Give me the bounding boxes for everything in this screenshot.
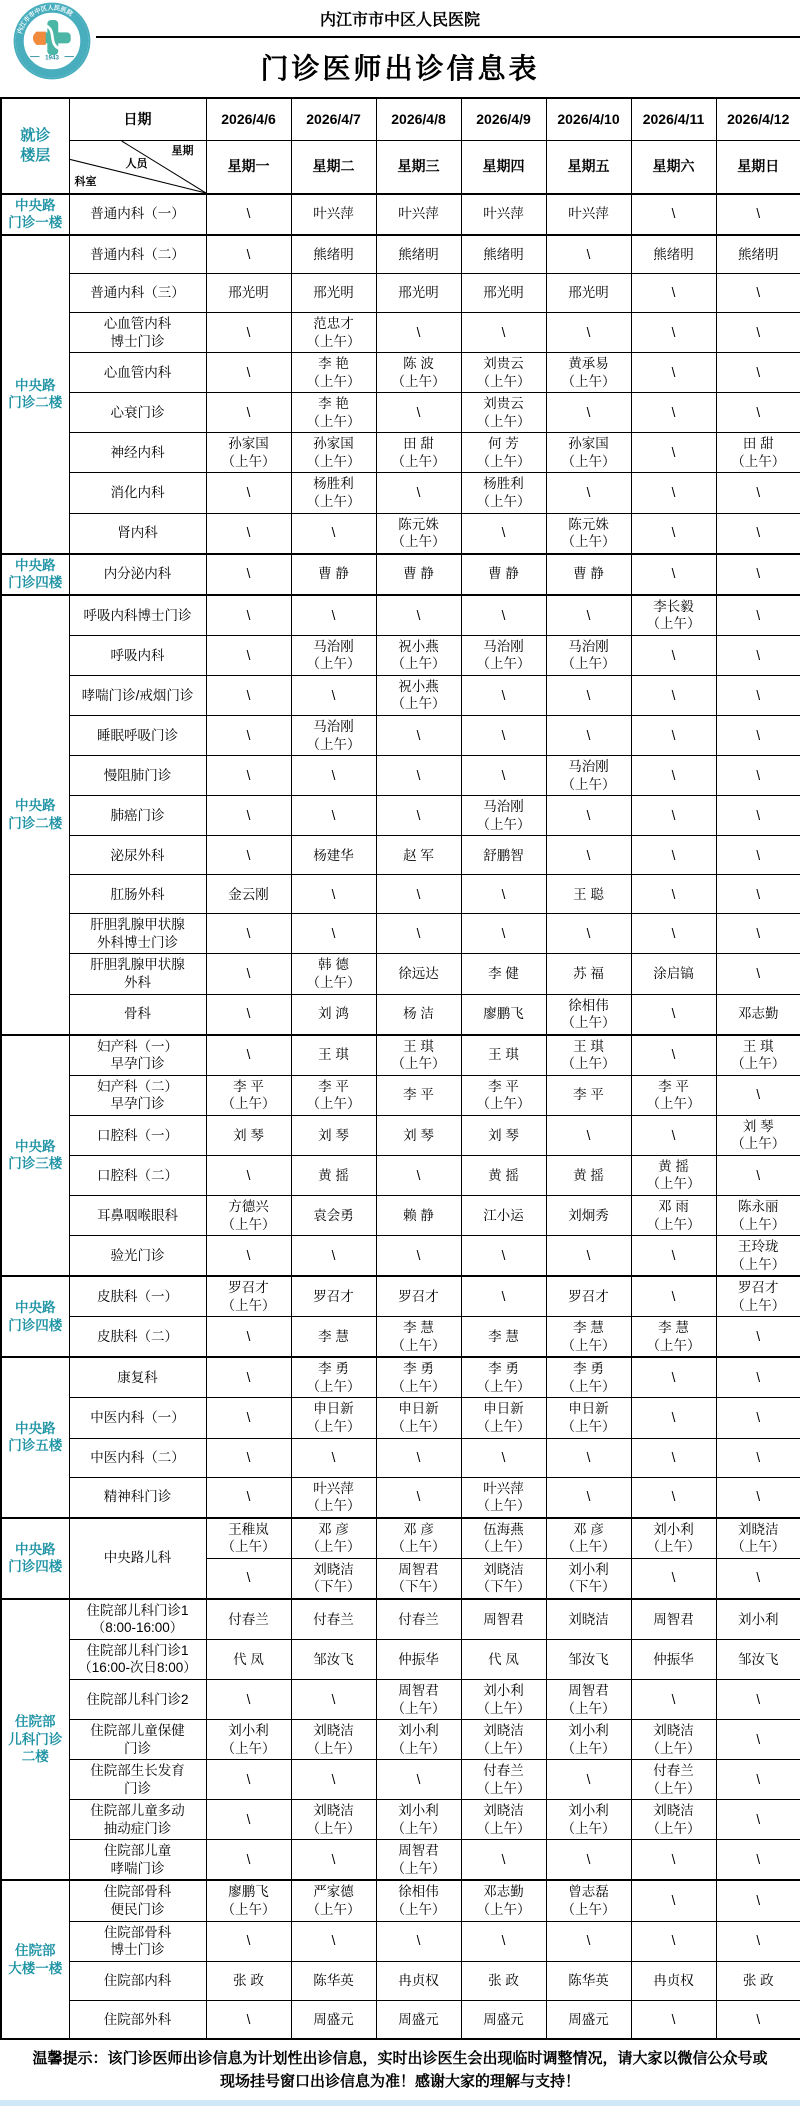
schedule-cell: \: [716, 595, 800, 636]
table-row: 神经内科孙家国 （上午）孙家国 （上午）田 甜 （上午）何 芳 （上午）孙家国 …: [1, 433, 800, 473]
schedule-cell: 田 甜 （上午）: [716, 433, 800, 473]
schedule-cell: \: [546, 1477, 631, 1518]
schedule-cell: 张 政: [206, 1961, 291, 2000]
schedule-cell: \: [631, 756, 716, 796]
department-name: 中央路儿科: [69, 1518, 206, 1599]
schedule-cell: 孙家国 （上午）: [291, 433, 376, 473]
schedule-cell: \: [716, 836, 800, 875]
schedule-cell: \: [376, 1921, 461, 1961]
schedule-cell: \: [206, 635, 291, 675]
schedule-cell: 李 勇 （上午）: [546, 1357, 631, 1398]
schedule-cell: \: [716, 1357, 800, 1398]
schedule-cell: 马治刚 （上午）: [291, 716, 376, 756]
schedule-cell: \: [206, 954, 291, 994]
schedule-cell: 杨 洁: [376, 994, 461, 1035]
date-label: 日期: [69, 98, 206, 140]
schedule-cell: 李 平 （上午）: [461, 1075, 546, 1115]
schedule-cell: 熊绪明: [376, 235, 461, 274]
table-row: 哮喘门诊/戒烟门诊\\祝小燕 （上午）\\\\: [1, 675, 800, 715]
schedule-cell: 祝小燕 （上午）: [376, 635, 461, 675]
schedule-cell: 刘晓洁 （下午）: [461, 1558, 546, 1599]
schedule-cell: 张 政: [716, 1961, 800, 2000]
schedule-cell: 付春兰 （上午）: [631, 1760, 716, 1800]
table-row: 住院部儿童保健 门诊刘小利 （上午）刘晓洁 （上午）刘小利 （上午）刘晓洁 （上…: [1, 1720, 800, 1760]
schedule-cell: 周盛元: [376, 2000, 461, 2039]
schedule-cell: \: [376, 914, 461, 954]
schedule-cell: 王 琪 （上午）: [546, 1035, 631, 1076]
schedule-cell: \: [461, 1840, 546, 1881]
floor-column-header: 就诊 楼层: [1, 98, 69, 194]
schedule-cell: 王 琪 （上午）: [716, 1035, 800, 1076]
diagonal-header: 星期人员科室: [69, 140, 206, 194]
schedule-cell: \: [631, 1880, 716, 1921]
schedule-cell: \: [716, 313, 800, 353]
schedule-cell: \: [461, 914, 546, 954]
schedule-cell: \: [716, 1558, 800, 1599]
schedule-cell: \: [716, 274, 800, 313]
table-row: 中央路 门诊五楼康复科\李 勇 （上午）李 勇 （上午）李 勇 （上午）李 勇 …: [1, 1357, 800, 1398]
table-row: 住院部儿童 哮喘门诊\\周智君 （上午）\\\\: [1, 1840, 800, 1881]
schedule-cell: \: [716, 635, 800, 675]
schedule-cell: 刘小利 （上午）: [461, 1680, 546, 1720]
table-row: 慢阻肺门诊\\\\马治刚 （上午）\\: [1, 756, 800, 796]
page-title: 门诊医师出诊信息表: [0, 38, 800, 97]
person-label: 人员: [126, 157, 148, 171]
schedule-cell: \: [461, 313, 546, 353]
schedule-cell: 刘晓洁: [546, 1599, 631, 1640]
department-name: 住院部骨科 便民门诊: [69, 1880, 206, 1921]
schedule-cell: \: [206, 393, 291, 433]
schedule-cell: 方德兴 （上午）: [206, 1195, 291, 1235]
week-label: 星期: [172, 144, 194, 158]
table-row: 耳鼻咽喉眼科方德兴 （上午）袁会勇赖 静江小运刘炯秀邓 雨 （上午）陈永丽 （上…: [1, 1195, 800, 1235]
schedule-cell: \: [206, 1438, 291, 1477]
schedule-cell: 李 平: [546, 1075, 631, 1115]
schedule-cell: 邓 彦 （上午）: [376, 1518, 461, 1559]
schedule-cell: 李 平 （上午）: [206, 1075, 291, 1115]
schedule-cell: 马治刚 （上午）: [546, 635, 631, 675]
schedule-cell: 叶兴萍: [376, 194, 461, 235]
schedule-cell: \: [206, 1921, 291, 1961]
schedule-cell: 付春兰: [291, 1599, 376, 1640]
floor-label: 中央路 门诊二楼: [1, 235, 69, 554]
schedule-cell: \: [291, 914, 376, 954]
department-name: 呼吸内科博士门诊: [69, 595, 206, 636]
schedule-cell: \: [206, 1155, 291, 1195]
schedule-cell: 李 慧: [461, 1317, 546, 1358]
schedule-cell: \: [631, 1276, 716, 1317]
floor-label: 中央路 门诊一楼: [1, 194, 69, 235]
schedule-cell: \: [631, 1558, 716, 1599]
schedule-cell: 熊绪明: [291, 235, 376, 274]
hospital-name: 内江市市中区人民医院: [0, 0, 800, 36]
schedule-cell: 代 凤: [206, 1639, 291, 1679]
schedule-cell: 赵 军: [376, 836, 461, 875]
schedule-cell: 熊绪明: [716, 235, 800, 274]
schedule-cell: 李 艳 （上午）: [291, 393, 376, 433]
schedule-cell: \: [206, 675, 291, 715]
schedule-cell: \: [716, 1317, 800, 1358]
schedule-cell: 刘 琴: [291, 1115, 376, 1155]
department-name: 肝胆乳腺甲状腺 外科博士门诊: [69, 914, 206, 954]
logo-year: 1943: [45, 54, 59, 61]
schedule-cell: 刘小利 （上午）: [546, 1800, 631, 1840]
schedule-cell: \: [206, 1800, 291, 1840]
schedule-cell: 李 平: [376, 1075, 461, 1115]
schedule-cell: 刘小利: [716, 1599, 800, 1640]
schedule-cell: 何 芳 （上午）: [461, 433, 546, 473]
schedule-cell: \: [376, 1438, 461, 1477]
schedule-cell: \: [716, 2000, 800, 2039]
weekday-header-6: 星期日: [716, 140, 800, 194]
schedule-cell: \: [716, 1720, 800, 1760]
schedule-cell: \: [206, 1840, 291, 1881]
schedule-cell: 刘 琴: [376, 1115, 461, 1155]
weekday-header-1: 星期二: [291, 140, 376, 194]
schedule-cell: 熊绪明: [631, 235, 716, 274]
schedule-cell: \: [631, 473, 716, 513]
schedule-cell: 赖 静: [376, 1195, 461, 1235]
schedule-cell: \: [716, 914, 800, 954]
schedule-cell: \: [461, 1921, 546, 1961]
schedule-cell: 李 慧 （上午）: [546, 1317, 631, 1358]
schedule-cell: 刘 鸿: [291, 994, 376, 1035]
schedule-cell: \: [206, 1558, 291, 1599]
schedule-cell: \: [291, 675, 376, 715]
schedule-cell: \: [631, 675, 716, 715]
schedule-cell: \: [206, 194, 291, 235]
department-name: 睡眠呼吸门诊: [69, 716, 206, 756]
date-header-1: 2026/4/7: [291, 98, 376, 140]
schedule-cell: \: [376, 1236, 461, 1277]
date-header-4: 2026/4/10: [546, 98, 631, 140]
schedule-cell: \: [716, 473, 800, 513]
schedule-cell: \: [631, 1398, 716, 1438]
schedule-cell: \: [206, 1317, 291, 1358]
department-name: 住院部骨科 博士门诊: [69, 1921, 206, 1961]
schedule-cell: \: [631, 194, 716, 235]
schedule-cell: 付春兰: [376, 1599, 461, 1640]
schedule-cell: 冉贞权: [376, 1961, 461, 2000]
schedule-cell: \: [631, 1357, 716, 1398]
table-row: 呼吸内科\马治刚 （上午）祝小燕 （上午）马治刚 （上午）马治刚 （上午）\\: [1, 635, 800, 675]
weekday-header-3: 星期四: [461, 140, 546, 194]
table-row: 住院部骨科 博士门诊\\\\\\\: [1, 1921, 800, 1961]
date-header-2: 2026/4/8: [376, 98, 461, 140]
schedule-cell: \: [631, 994, 716, 1035]
schedule-cell: 叶兴萍: [546, 194, 631, 235]
table-row: 肾内科\\陈元姝 （上午）\陈元姝 （上午）\\: [1, 513, 800, 554]
floor-label: 中央路 门诊五楼: [1, 1357, 69, 1517]
schedule-cell: 刘 琴: [206, 1115, 291, 1155]
schedule-cell: 周智君: [631, 1599, 716, 1640]
table-row: 肝胆乳腺甲状腺 外科博士门诊\\\\\\\: [1, 914, 800, 954]
schedule-cell: \: [546, 1840, 631, 1881]
schedule-cell: 曹 静: [546, 554, 631, 595]
schedule-cell: 邓 彦 （上午）: [546, 1518, 631, 1559]
schedule-cell: 周智君: [461, 1599, 546, 1640]
schedule-cell: \: [291, 756, 376, 796]
department-name: 普通内科（一）: [69, 194, 206, 235]
schedule-cell: 徐相伟 （上午）: [546, 994, 631, 1035]
schedule-cell: \: [716, 756, 800, 796]
schedule-cell: 王 聪: [546, 875, 631, 914]
schedule-cell: 王稚岚 （上午）: [206, 1518, 291, 1559]
department-name: 中医内科（二）: [69, 1438, 206, 1477]
schedule-cell: 周智君 （上午）: [546, 1680, 631, 1720]
schedule-cell: \: [716, 716, 800, 756]
table-row: 心血管内科 博士门诊\范忠才 （上午）\\\\\: [1, 313, 800, 353]
schedule-cell: 邢光明: [546, 274, 631, 313]
schedule-cell: \: [461, 1276, 546, 1317]
schedule-cell: \: [716, 513, 800, 554]
schedule-cell: \: [631, 274, 716, 313]
department-name: 皮肤科（一）: [69, 1276, 206, 1317]
schedule-cell: \: [546, 675, 631, 715]
schedule-cell: \: [376, 595, 461, 636]
schedule-cell: 马治刚 （上午）: [461, 796, 546, 836]
table-row: 口腔科（二）\黄 摇\黄 摇黄 摇黄 摇 （上午）\: [1, 1155, 800, 1195]
table-row: 中央路 门诊四楼皮肤科（一）罗召才 （上午）罗召才罗召才\罗召才\罗召才 （上午…: [1, 1276, 800, 1317]
schedule-cell: \: [206, 716, 291, 756]
weekday-header-0: 星期一: [206, 140, 291, 194]
schedule-cell: \: [631, 1921, 716, 1961]
schedule-cell: \: [716, 554, 800, 595]
weekday-header-2: 星期三: [376, 140, 461, 194]
schedule-cell: \: [546, 1921, 631, 1961]
weekday-header-4: 星期五: [546, 140, 631, 194]
floor-label: 中央路 门诊二楼: [1, 595, 69, 1035]
department-name: 骨科: [69, 994, 206, 1035]
department-name: 康复科: [69, 1357, 206, 1398]
department-name: 精神科门诊: [69, 1477, 206, 1518]
schedule-cell: 徐远达: [376, 954, 461, 994]
schedule-cell: 马治刚 （上午）: [546, 756, 631, 796]
table-row: 肝胆乳腺甲状腺 外科\韩 德 （上午）徐远达李 健苏 福涂启镐\: [1, 954, 800, 994]
schedule-cell: \: [631, 393, 716, 433]
table-row: 中医内科（一）\申日新 （上午）申日新 （上午）申日新 （上午）申日新 （上午）…: [1, 1398, 800, 1438]
schedule-cell: \: [546, 595, 631, 636]
department-name: 中医内科（一）: [69, 1398, 206, 1438]
department-name: 住院部儿科门诊1 （16:00-次日8:00）: [69, 1639, 206, 1679]
schedule-cell: \: [631, 1035, 716, 1076]
weekday-header-5: 星期六: [631, 140, 716, 194]
schedule-cell: \: [461, 1236, 546, 1277]
schedule-cell: \: [546, 473, 631, 513]
schedule-cell: \: [716, 1075, 800, 1115]
schedule-cell: 仲振华: [376, 1639, 461, 1679]
floor-label: 中央路 门诊四楼: [1, 554, 69, 595]
schedule-cell: 范忠才 （上午）: [291, 313, 376, 353]
table-row: 泌尿外科\杨建华赵 军舒鹏智\\\: [1, 836, 800, 875]
schedule-cell: 李 勇 （上午）: [461, 1357, 546, 1398]
schedule-cell: 严家德 （上午）: [291, 1880, 376, 1921]
schedule-cell: 黄 摇 （上午）: [631, 1155, 716, 1195]
schedule-cell: \: [716, 194, 800, 235]
department-name: 肛肠外科: [69, 875, 206, 914]
schedule-cell: 代 凤: [461, 1639, 546, 1679]
schedule-cell: 孙家国 （上午）: [546, 433, 631, 473]
schedule-cell: \: [461, 716, 546, 756]
schedule-cell: 杨胜利 （上午）: [291, 473, 376, 513]
schedule-cell: 祝小燕 （上午）: [376, 675, 461, 715]
schedule-cell: \: [206, 796, 291, 836]
schedule-cell: 李 慧 （上午）: [376, 1317, 461, 1358]
department-name: 呼吸内科: [69, 635, 206, 675]
schedule-cell: 李 慧: [291, 1317, 376, 1358]
schedule-cell: 黄 摇: [291, 1155, 376, 1195]
schedule-cell: \: [206, 756, 291, 796]
table-row: 肛肠外科金云刚\\\王 聪\\: [1, 875, 800, 914]
schedule-cell: 陈元姝 （上午）: [376, 513, 461, 554]
schedule-cell: 罗召才 （上午）: [716, 1276, 800, 1317]
schedule-cell: 李 平 （上午）: [291, 1075, 376, 1115]
schedule-cell: 陈华英: [291, 1961, 376, 2000]
hospital-logo: 内江市市中区人民医院 1943: [13, 2, 91, 80]
schedule-cell: \: [716, 1438, 800, 1477]
schedule-cell: 王 琪: [461, 1035, 546, 1076]
schedule-cell: 黄承易 （上午）: [546, 353, 631, 393]
schedule-cell: 江小运: [461, 1195, 546, 1235]
schedule-cell: 徐相伟 （上午）: [376, 1880, 461, 1921]
department-name: 验光门诊: [69, 1236, 206, 1277]
table-row: 中央路 门诊四楼中央路儿科王稚岚 （上午）邓 彦 （上午）邓 彦 （上午）伍海燕…: [1, 1518, 800, 1559]
schedule-cell: 邢光明: [206, 274, 291, 313]
schedule-cell: 周盛元: [461, 2000, 546, 2039]
dept-label: 科室: [75, 175, 97, 189]
schedule-cell: \: [291, 875, 376, 914]
schedule-cell: \: [291, 796, 376, 836]
schedule-cell: \: [631, 1680, 716, 1720]
schedule-cell: 罗召才: [546, 1276, 631, 1317]
schedule-cell: 刘小利 （上午）: [376, 1800, 461, 1840]
schedule-cell: 刘小利 （下午）: [546, 1558, 631, 1599]
schedule-cell: 叶兴萍: [291, 194, 376, 235]
schedule-cell: \: [376, 393, 461, 433]
department-name: 皮肤科（二）: [69, 1317, 206, 1358]
department-name: 妇产科（一） 早孕门诊: [69, 1035, 206, 1076]
schedule-cell: \: [716, 1680, 800, 1720]
schedule-cell: \: [206, 554, 291, 595]
schedule-cell: 刘晓洁 （上午）: [631, 1800, 716, 1840]
schedule-cell: 刘贵云 （上午）: [461, 353, 546, 393]
schedule-cell: 黄 摇: [546, 1155, 631, 1195]
schedule-cell: \: [206, 1035, 291, 1076]
schedule-cell: 李长毅 （上午）: [631, 595, 716, 636]
schedule-cell: 申日新 （上午）: [461, 1398, 546, 1438]
schedule-cell: 刘贵云 （上午）: [461, 393, 546, 433]
schedule-cell: \: [631, 1115, 716, 1155]
schedule-cell: 邓志勤 （上午）: [461, 1880, 546, 1921]
department-name: 神经内科: [69, 433, 206, 473]
schedule-cell: \: [631, 313, 716, 353]
department-name: 住院部儿童保健 门诊: [69, 1720, 206, 1760]
schedule-cell: 周智君 （上午）: [376, 1680, 461, 1720]
schedule-cell: 廖鹏飞: [461, 994, 546, 1035]
schedule-cell: \: [631, 1438, 716, 1477]
schedule-cell: 曹 静: [291, 554, 376, 595]
schedule-cell: 刘小利 （上午）: [546, 1720, 631, 1760]
schedule-cell: 孙家国 （上午）: [206, 433, 291, 473]
schedule-cell: \: [206, 595, 291, 636]
schedule-cell: \: [631, 1236, 716, 1277]
schedule-cell: 张 政: [461, 1961, 546, 2000]
schedule-cell: \: [291, 1760, 376, 1800]
schedule-cell: \: [631, 1477, 716, 1518]
schedule-cell: \: [716, 1477, 800, 1518]
schedule-cell: \: [631, 2000, 716, 2039]
floor-label: 住院部 大楼一楼: [1, 1880, 69, 2039]
schedule-cell: 叶兴萍 （上午）: [291, 1477, 376, 1518]
schedule-cell: 刘小利 （上午）: [206, 1720, 291, 1760]
schedule-cell: 刘晓洁 （上午）: [291, 1800, 376, 1840]
schedule-cell: 申日新 （上午）: [546, 1398, 631, 1438]
schedule-cell: \: [631, 554, 716, 595]
schedule-cell: 陈元姝 （上午）: [546, 513, 631, 554]
schedule-cell: 李 艳 （上午）: [291, 353, 376, 393]
schedule-cell: 邢光明: [376, 274, 461, 313]
schedule-cell: 刘晓洁 （上午）: [631, 1720, 716, 1760]
department-name: 住院部儿科门诊2: [69, 1680, 206, 1720]
weekday-header-row: 星期人员科室星期一星期二星期三星期四星期五星期六星期日: [1, 140, 800, 194]
department-name: 妇产科（二） 早孕门诊: [69, 1075, 206, 1115]
schedule-cell: 舒鹏智: [461, 836, 546, 875]
schedule-cell: 李 慧 （上午）: [631, 1317, 716, 1358]
schedule-cell: \: [291, 1236, 376, 1277]
table-row: 验光门诊\\\\\\王玲珑 （上午）: [1, 1236, 800, 1277]
schedule-cell: 黄 摇: [461, 1155, 546, 1195]
schedule-cell: 刘晓洁 （上午）: [461, 1720, 546, 1760]
schedule-cell: 付春兰 （上午）: [461, 1760, 546, 1800]
schedule-cell: 李 勇 （上午）: [376, 1357, 461, 1398]
schedule-cell: \: [546, 1760, 631, 1800]
department-name: 心血管内科: [69, 353, 206, 393]
schedule-cell: \: [461, 1438, 546, 1477]
schedule-cell: 曾志磊 （上午）: [546, 1880, 631, 1921]
schedule-cell: \: [546, 1438, 631, 1477]
schedule-cell: \: [546, 836, 631, 875]
page-header: 内江市市中区人民医院 1943 内江市市中区人民医院 门诊医师出诊信息表: [0, 0, 800, 97]
department-name: 住院部儿科门诊1 （8:00-16:00）: [69, 1599, 206, 1640]
schedule-cell: \: [206, 1680, 291, 1720]
department-name: 住院部儿童 哮喘门诊: [69, 1840, 206, 1881]
schedule-cell: 邹汝飞: [716, 1639, 800, 1679]
schedule-cell: 李 勇 （上午）: [291, 1357, 376, 1398]
schedule-cell: 陈 波 （上午）: [376, 353, 461, 393]
table-row: 住院部 儿科门诊 二楼住院部儿科门诊1 （8:00-16:00）付春兰付春兰付春…: [1, 1599, 800, 1640]
schedule-cell: \: [206, 235, 291, 274]
schedule-cell: \: [376, 1155, 461, 1195]
table-row: 骨科\刘 鸿杨 洁廖鹏飞徐相伟 （上午）\邓志勤: [1, 994, 800, 1035]
department-name: 哮喘门诊/戒烟门诊: [69, 675, 206, 715]
table-row: 中央路 门诊二楼普通内科（二）\熊绪明熊绪明熊绪明\熊绪明熊绪明: [1, 235, 800, 274]
department-name: 住院部内科: [69, 1961, 206, 2000]
schedule-cell: 刘小利 （上午）: [376, 1720, 461, 1760]
schedule-cell: \: [716, 1921, 800, 1961]
schedule-cell: \: [206, 1477, 291, 1518]
schedule-cell: \: [461, 756, 546, 796]
department-name: 耳鼻咽喉眼科: [69, 1195, 206, 1235]
schedule-cell: \: [376, 796, 461, 836]
schedule-cell: \: [716, 875, 800, 914]
schedule-cell: \: [546, 1115, 631, 1155]
schedule-cell: \: [206, 836, 291, 875]
schedule-cell: \: [376, 875, 461, 914]
schedule-cell: \: [546, 796, 631, 836]
schedule-cell: 王 琪 （上午）: [376, 1035, 461, 1076]
department-name: 肝胆乳腺甲状腺 外科: [69, 954, 206, 994]
schedule-cell: 廖鹏飞 （上午）: [206, 1880, 291, 1921]
